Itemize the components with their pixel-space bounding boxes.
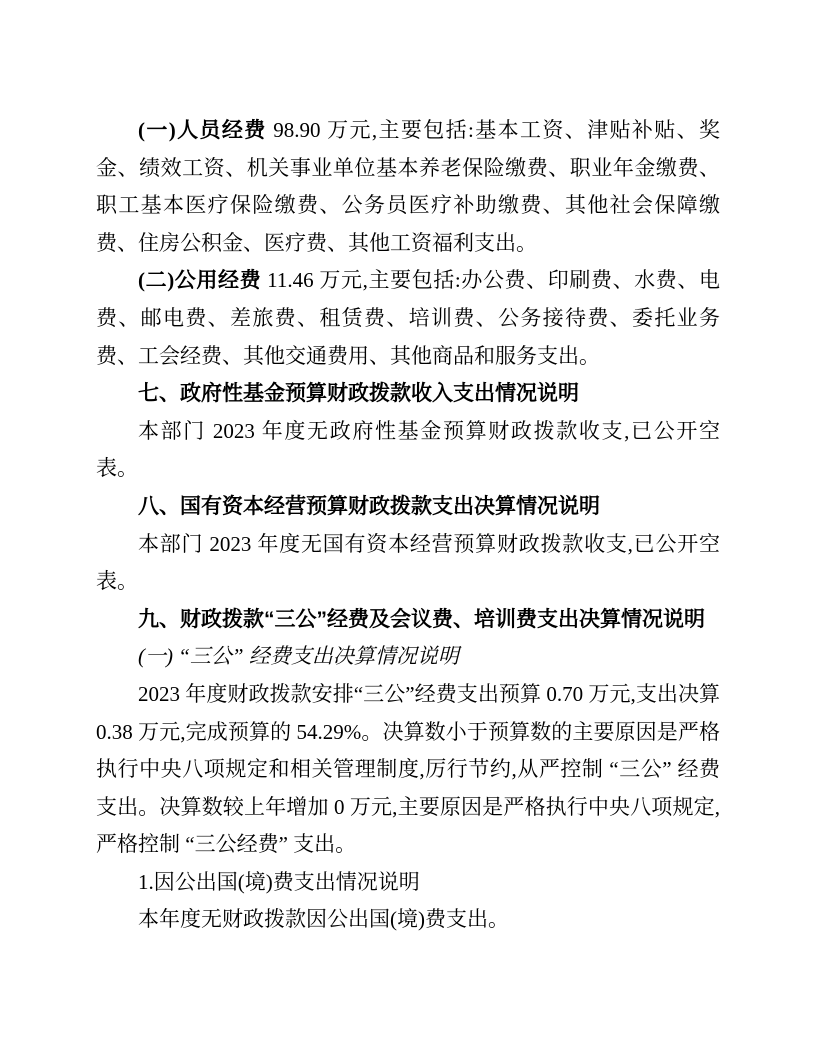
para-personnel-expense: (一)人员经费 98.90 万元,主要包括:基本工资、津贴补贴、奖金、绩效工资、… [96,112,720,262]
para-public-expense: (二)公用经费 11.46 万元,主要包括:办公费、印刷费、水费、电费、邮电费、… [96,262,720,375]
para-personnel-expense-lead: (一)人员经费 [138,118,267,142]
para-section-9-sub-1-body: 2023 年度财政拨款安排“三公”经费支出预算 0.70 万元,支出决算 0.3… [96,676,720,864]
heading-section-9-sub-1: (一) “三公” 经费支出决算情况说明 [96,638,720,676]
para-public-expense-lead: (二)公用经费 [138,268,261,292]
document-page: (一)人员经费 98.90 万元,主要包括:基本工资、津贴补贴、奖金、绩效工资、… [0,0,816,1056]
heading-section-9: 九、财政拨款“三公”经费及会议费、培训费支出决算情况说明 [96,601,720,639]
para-section-8-body: 本部门 2023 年度无国有资本经营预算财政拨款收支,已公开空表。 [96,526,720,601]
heading-section-7: 七、政府性基金预算财政拨款收入支出情况说明 [96,375,720,413]
heading-section-9-item-1: 1.因公出国(境)费支出情况说明 [96,864,720,902]
para-section-9-item-1-body: 本年度无财政拨款因公出国(境)费支出。 [96,901,720,939]
para-section-7-body: 本部门 2023 年度无政府性基金预算财政拨款收支,已公开空表。 [96,413,720,488]
heading-section-8: 八、国有资本经营预算财政拨款支出决算情况说明 [96,488,720,526]
